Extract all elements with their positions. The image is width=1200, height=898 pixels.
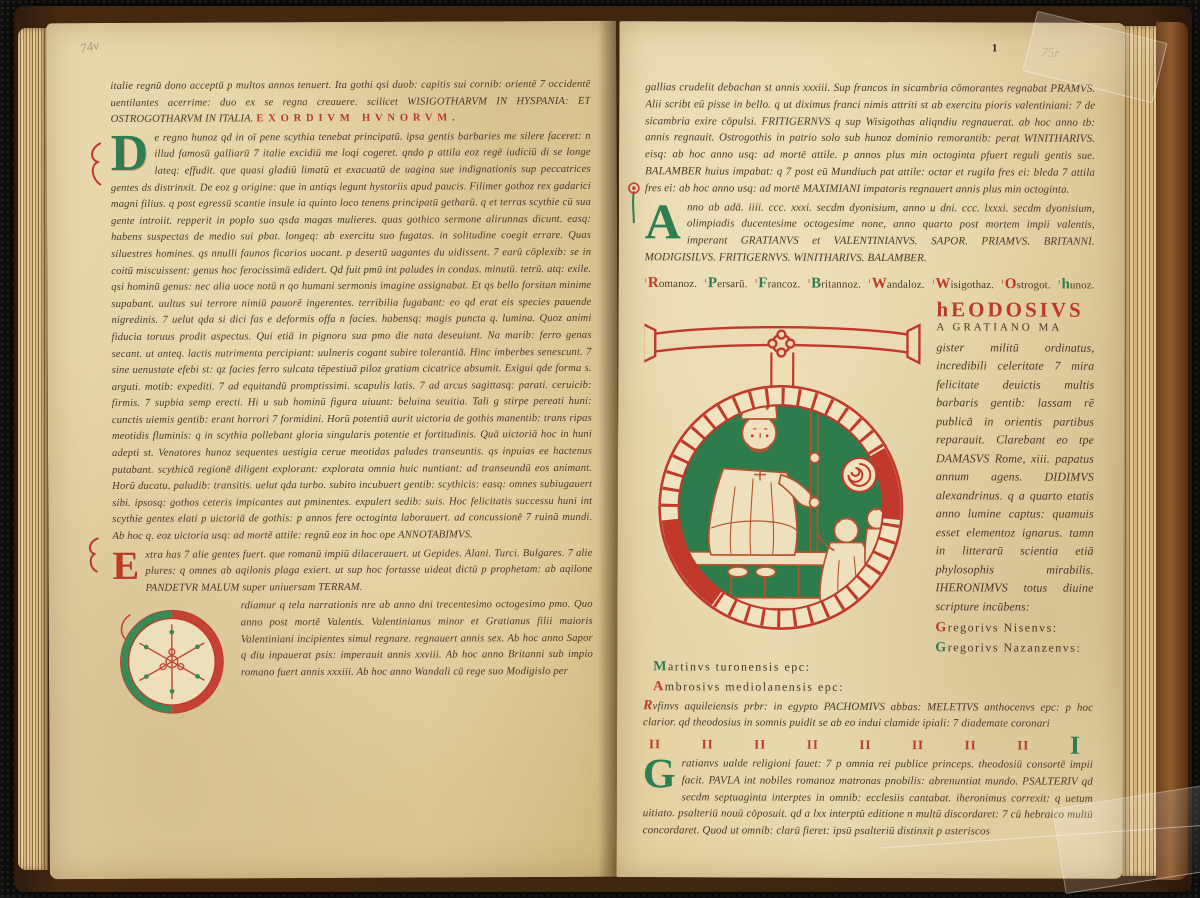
open-codex: 74v italie regnū dono acceptū p multos a… (14, 6, 1192, 892)
regnal-year-numerals-row: II II II II II II II II I (649, 735, 1081, 755)
body-text: nno ab adā. iiii. ccc. xxxi. secdm dyoni… (645, 201, 1095, 264)
body-text: ratianvs ualde religioni fauet: 7 p omni… (643, 757, 1093, 837)
clergy-name: mbrosivs mediolanensis epc: (665, 679, 844, 694)
numeral-ii: II (649, 737, 661, 754)
regnal-year-mark: ı (755, 275, 757, 284)
colored-initial: W (872, 275, 887, 291)
illuminated-initial-d: D (111, 133, 149, 176)
folio-number-left: 74v (79, 37, 101, 57)
kingdom-name: ersarū. (717, 278, 747, 290)
numeral-ii: II (912, 737, 924, 754)
list-item: Gregorivs Nazanzenvs: (653, 638, 1093, 657)
colored-initial: G (935, 621, 947, 636)
colored-initial: B (811, 275, 821, 291)
regnal-year-mark: ı (1001, 276, 1003, 285)
right-page-edges (1122, 26, 1158, 876)
list-item: Ambrosivs mediolanensis epc: (653, 678, 1093, 697)
kingdom-britons: ıBritannoz. (808, 273, 861, 294)
right-leather-cover (1156, 22, 1188, 880)
kingdom-franks: ıFrancoz. (755, 272, 800, 293)
clergy-name: artinvs turonensis epc: (668, 659, 811, 673)
kingdom-header-row: ıRomanoz. ıPersarū. ıFrancoz. ıBritannoz… (645, 272, 1095, 294)
colored-initial: M (653, 659, 668, 674)
body-text: xtra has 7 alie gentes fuert. que romanū… (145, 547, 592, 593)
regnal-year-mark: ı (868, 276, 870, 285)
numeral-ii: II (807, 737, 819, 754)
ink-quire-mark: 1 (992, 42, 998, 54)
numeral-ii: II (859, 737, 871, 754)
regnal-year-mark: ı (808, 276, 810, 285)
t-bar (643, 324, 919, 363)
colored-initial: G (935, 640, 947, 655)
paragraph-italy-kingdoms: italie regnū dono acceptū p multos annos… (110, 77, 590, 129)
kingdom-romans: ıRomanoz. (645, 272, 698, 293)
red-paraph-flourish (84, 535, 102, 575)
regnal-year-mark: ı (932, 276, 934, 285)
green-tall-initial-i: I (1070, 737, 1081, 755)
left-text-column: italie regnū dono acceptū p multos annos… (110, 77, 593, 849)
kingdom-ostrogoths: ıOstrogot. (1001, 273, 1050, 294)
colored-initial: O (1005, 276, 1017, 292)
historiated-initial-t-enthroned-emperor (643, 302, 927, 639)
paragraph-gratianus: Gratianvs ualde religioni fauet: 7 p omn… (643, 755, 1093, 840)
colored-initial: A (653, 679, 665, 694)
kingdom-name: unoz. (1070, 279, 1095, 291)
body-text: e regno hunoz qd in oī pene scythia tene… (111, 131, 592, 542)
regnal-year-mark: ı (645, 275, 647, 284)
paragraph-rufinus: Rvfinvs aquileiensis prbr: in egypto PAC… (643, 698, 1093, 733)
paragraph-anno-ab-adam: Anno ab adā. iiii. ccc. xxxi. secdm dyon… (645, 199, 1095, 268)
kingdom-huns: ıhunoz. (1058, 273, 1094, 294)
swirl-ornament (842, 458, 876, 492)
red-paraph-flourish (87, 141, 105, 187)
body-text: vfinvs aquileiensis prbr: in egypto PACH… (643, 700, 1093, 730)
regnal-year-mark: ı (1058, 276, 1060, 285)
rubric-exordium-hunorum: EXORDIVM HVNORVM. (256, 113, 459, 125)
ornamental-initial-o (113, 603, 232, 722)
left-page: 74v italie regnū dono acceptū p multos a… (46, 21, 620, 879)
paragraph-extra-gentes: Extra has 7 alie gentes fuert. que roman… (112, 545, 592, 597)
marginal-flower-paraph (623, 179, 645, 223)
manuscript-photograph: 74v italie regnū dono acceptū p multos a… (0, 0, 1200, 898)
colored-initial: F (758, 275, 767, 291)
numeral-ii: II (965, 738, 977, 755)
kingdom-visigoths: ıWisigothaz. (932, 273, 994, 294)
clergy-name: regorivs Nazanzenvs: (948, 640, 1082, 654)
paragraph-ordiamur: rdiamur q tela narrationis nre ab anno d… (113, 597, 593, 682)
right-page: 75r 1 gallias crudelit debachan st annis… (617, 21, 1126, 879)
list-item: Martinvs turonensis epc: (653, 658, 1093, 677)
kingdom-persians: ıPersarū. (705, 272, 748, 293)
body-text: rdiamur q tela narrationis nre ab anno d… (241, 599, 593, 678)
clergy-name: regorivs Nisenvs: (948, 621, 1058, 635)
numeral-ii: II (754, 737, 766, 754)
kingdom-name: omanoz. (659, 278, 697, 290)
paragraph-vandals-franks: gallias crudelit debachan st annis xxxii… (645, 79, 1095, 198)
colored-initial: P (708, 275, 717, 291)
theodosius-section: hEODOSIVS A GRATIANO MA gister militū or… (643, 300, 1094, 699)
kingdom-name: strogot. (1017, 279, 1051, 291)
kingdom-name: andaloz. (887, 278, 925, 290)
right-text-column: gallias crudelit debachan st annis xxxii… (643, 79, 1096, 841)
folio-number-right: 75r (1041, 44, 1060, 61)
colored-initial: W (935, 276, 950, 292)
kingdom-name: rancoz. (768, 278, 801, 290)
numeral-ii: II (702, 737, 714, 754)
kingdom-vandals: ıWandaloz. (868, 273, 924, 294)
illuminated-initial-a: A (645, 201, 681, 242)
kingdom-name: isigothaz. (951, 279, 995, 291)
paragraph-origin-of-huns: De regno hunoz qd in oī pene scythia ten… (111, 129, 593, 546)
body-text: gallias crudelit debachan st annis xxxii… (645, 81, 1095, 195)
kingdom-name: ritannoz. (821, 278, 861, 290)
illuminated-initial-g: G (643, 757, 676, 792)
illuminated-initial-e: E (112, 549, 139, 582)
numeral-ii: II (1017, 738, 1029, 755)
colored-initial: R (648, 275, 659, 291)
left-page-edges (18, 28, 48, 870)
